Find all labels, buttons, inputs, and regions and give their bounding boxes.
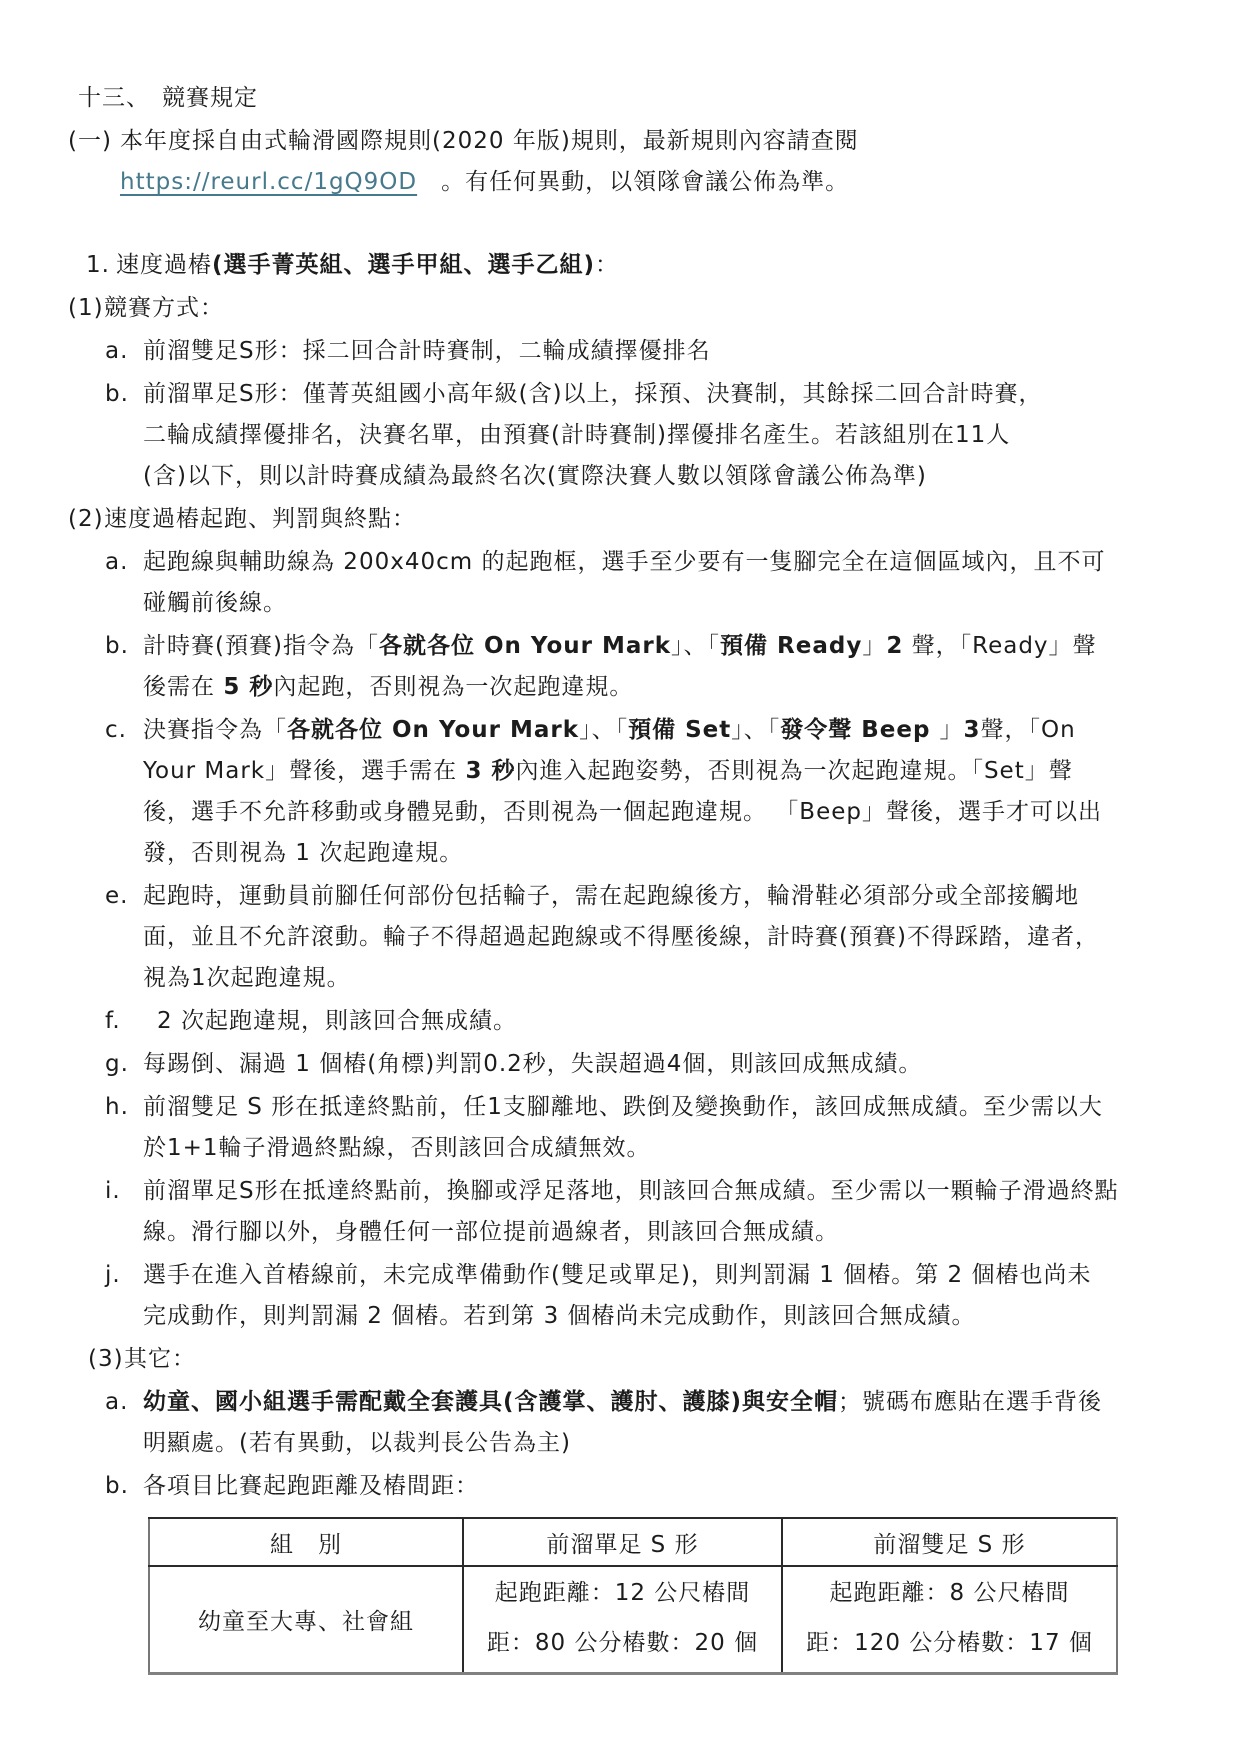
text-line: (含)以下，則以計時賽成績為最終名次(實際決賽人數以領隊會議公佈為準) xyxy=(68,456,1173,497)
text-line: 後需在 5 秒內起跑，否則視為一次起跑違規。 xyxy=(68,667,1173,708)
list-marker: b. xyxy=(105,626,143,667)
text-line: 二輪成績擇優排名，決賽名單，由預賽(計時賽制)擇優排名產生。若該組別在11人 xyxy=(68,415,1173,456)
text-line: i.前溜單足S形在抵達終點前，換腳或浮足落地，則該回合無成績。至少需以一顆輪子滑… xyxy=(68,1171,1173,1212)
text-run: 前溜雙足S形：採二回合計時賽制，二輪成績擇優排名 xyxy=(143,338,711,364)
bold-run: 發令聲 Beep xyxy=(780,717,939,743)
list-marker: a. xyxy=(105,331,143,372)
text-run: 每踢倒、漏過 1 個樁(角標)判罰0.2秒，失誤超過4個，則該回成無成績。 xyxy=(143,1051,922,1077)
double-s-line2: 距：120 公分樁數：17 個 xyxy=(783,1623,1116,1664)
blank-line xyxy=(68,203,1173,243)
text-line: 面，並且不允許滾動。輪子不得超過起跑線或不得壓後線，計時賽(預賽)不得踩踏，違者… xyxy=(68,917,1173,958)
bold-run: 3 xyxy=(963,717,980,743)
line-text: 線。滑行腳以外，身體任何一部位提前過線者，則該回合無成績。 xyxy=(143,1212,839,1253)
text-line: 十三、競賽規定 xyxy=(68,78,1173,119)
line-text: 2 次起跑違規，則該回合無成績。 xyxy=(157,1001,517,1042)
text-run: 發，否則視為 1 次起跑違規。 xyxy=(143,840,463,866)
table-cell-single-s: 起跑距離：12 公尺樁間 距：80 公分樁數：20 個 xyxy=(463,1566,782,1674)
single-s-line2: 距：80 公分樁數：20 個 xyxy=(464,1623,781,1664)
table-header-double-s: 前溜雙足 S 形 xyxy=(782,1518,1117,1566)
text-run: 後，選手不允許移動或身體晃動，否則視為一個起跑違規。 「Beep」聲後，選手才可… xyxy=(143,799,1102,825)
line-text: 其它： xyxy=(124,1339,196,1380)
line-text: 本年度採自由式輪滑國際規則(2020 年版)規則，最新規則內容請查閱 xyxy=(120,121,859,162)
line-text: 於1+1輪子滑過終點線，否則該回合成績無效。 xyxy=(143,1128,651,1169)
single-s-line1: 起跑距離：12 公尺樁間 xyxy=(464,1573,781,1614)
line-text: 後，選手不允許移動或身體晃動，否則視為一個起跑違規。 「Beep」聲後，選手才可… xyxy=(143,792,1102,833)
line-text: 起跑時，運動員前腳任何部份包括輪子，需在起跑線後方，輪滑鞋必須部分或全部接觸地 xyxy=(143,876,1079,917)
text-run: 內進入起跑姿勢，否則視為一次起跑違規。「Set」聲 xyxy=(515,758,1072,784)
text-line: (1)競賽方式： xyxy=(68,288,1173,329)
double-s-line1: 起跑距離：8 公尺樁間 xyxy=(783,1573,1116,1614)
line-text: 速度過樁起跑、判罰與終點： xyxy=(104,499,416,540)
line-text: 碰觸前後線。 xyxy=(143,583,287,624)
text-line: Your Mark」聲後，選手需在 3 秒內進入起跑姿勢，否則視為一次起跑違規。… xyxy=(68,751,1173,792)
text-line: e.起跑時，運動員前腳任何部份包括輪子，需在起跑線後方，輪滑鞋必須部分或全部接觸… xyxy=(68,876,1173,917)
line-text: 前溜雙足 S 形在抵達終點前，任1支腳離地、跌倒及變換動作，該回成無成績。至少需… xyxy=(143,1087,1103,1128)
line-text: 競賽規定 xyxy=(162,78,258,119)
text-run: 前溜雙足 S 形在抵達終點前，任1支腳離地、跌倒及變換動作，該回成無成績。至少需… xyxy=(143,1094,1103,1120)
table-cell-group: 幼童至大專、社會組 xyxy=(149,1566,463,1674)
text-run: 於1+1輪子滑過終點線，否則該回合成績無效。 xyxy=(143,1135,651,1161)
line-text: 幼童、國小組選手需配戴全套護具(含護掌、護肘、護膝)與安全帽；號碼布應貼在選手背… xyxy=(143,1382,1102,1423)
text-run: 線。滑行腳以外，身體任何一部位提前過線者，則該回合無成績。 xyxy=(143,1219,839,1245)
list-marker: e. xyxy=(105,876,143,917)
text-run: 二輪成績擇優排名，決賽名單，由預賽(計時賽制)擇優排名產生。若該組別在11人 xyxy=(143,422,1010,448)
bold-run: 幼童、國小組選手需配戴全套護具(含護掌、護肘、護膝)與安全帽 xyxy=(143,1389,838,1415)
text-run: 」、「 xyxy=(671,633,720,659)
text-line: (3)其它： xyxy=(68,1339,1173,1380)
line-text: 前溜單足S形在抵達終點前，換腳或浮足落地，則該回合無成績。至少需以一顆輪子滑過終… xyxy=(143,1171,1119,1212)
text-line: 明顯處。(若有異動，以裁判長公告為主) xyxy=(68,1423,1173,1464)
text-run: 前溜單足S形：僅菁英組國小高年級(含)以上，採預、決賽制，其餘採二回合計時賽， xyxy=(143,381,1043,407)
text-run: 前溜單足S形在抵達終點前，換腳或浮足落地，則該回合無成績。至少需以一顆輪子滑過終… xyxy=(143,1178,1119,1204)
list-marker: h. xyxy=(105,1087,143,1128)
text-run: 速度過樁 xyxy=(116,252,212,278)
list-marker: (2) xyxy=(68,499,104,540)
bold-run: (選手菁英組、選手甲組、選手乙組) xyxy=(212,252,595,278)
line-text: Your Mark」聲後，選手需在 3 秒內進入起跑姿勢，否則視為一次起跑違規。… xyxy=(143,751,1073,792)
list-marker: (1) xyxy=(68,288,104,329)
table-header-group: 組 別 xyxy=(149,1518,463,1566)
list-marker: a. xyxy=(105,1382,143,1423)
list-marker: (3) xyxy=(88,1339,124,1380)
list-marker: (一) xyxy=(68,121,120,162)
bold-run: 2 xyxy=(886,633,903,659)
text-line: 碰觸前後線。 xyxy=(68,583,1173,624)
text-run: 其它： xyxy=(124,1346,196,1372)
line-text: 完成動作，則判罰漏 2 個樁。若到第 3 個樁尚未完成動作，則該回合無成績。 xyxy=(143,1296,976,1337)
line-text: https://reurl.cc/1gQ9OD 。有任何異動，以領隊會議公佈為準… xyxy=(120,162,849,203)
text-run: (含)以下，則以計時賽成績為最終名次(實際決賽人數以領隊會議公佈為準) xyxy=(143,463,927,489)
text-run: 決賽指令為「 xyxy=(143,717,287,743)
text-line: j.選手在進入首樁線前，未完成準備動作(雙足或單足)，則判罰漏 1 個樁。第 2… xyxy=(68,1255,1173,1296)
line-text: 起跑線與輔助線為 200x40cm 的起跑框，選手至少要有一隻腳完全在這個區域內… xyxy=(143,542,1105,583)
text-run: 2 次起跑違規，則該回合無成績。 xyxy=(157,1008,517,1034)
list-marker: a. xyxy=(105,542,143,583)
text-line: b.計時賽(預賽)指令為「各就各位 On Your Mark」、「預備 Read… xyxy=(68,626,1173,667)
text-line: h.前溜雙足 S 形在抵達終點前，任1支腳離地、跌倒及變換動作，該回成無成績。至… xyxy=(68,1087,1173,1128)
text-run: 」、「 xyxy=(579,717,628,743)
text-run: 競賽規定 xyxy=(162,85,258,111)
text-run: 視為1次起跑違規。 xyxy=(143,965,351,991)
text-line: a.前溜雙足S形：採二回合計時賽制，二輪成績擇優排名 xyxy=(68,331,1173,372)
text-run: 後需在 xyxy=(143,674,223,700)
list-marker: b. xyxy=(105,1466,143,1507)
text-run: 內起跑，否則視為一次起跑違規。 xyxy=(273,674,633,700)
list-marker: 十三、 xyxy=(78,78,162,119)
text-line: 線。滑行腳以外，身體任何一部位提前過線者，則該回合無成績。 xyxy=(68,1212,1173,1253)
text-line: f.2 次起跑違規，則該回合無成績。 xyxy=(68,1001,1173,1042)
text-line: 1.速度過樁(選手菁英組、選手甲組、選手乙組)： xyxy=(68,245,1173,286)
document-page: 十三、競賽規定(一)本年度採自由式輪滑國際規則(2020 年版)規則，最新規則內… xyxy=(0,0,1241,1755)
bold-run: 3 秒 xyxy=(465,758,515,784)
line-text: 面，並且不允許滾動。輪子不得超過起跑線或不得壓後線，計時賽(預賽)不得踩踏，違者… xyxy=(143,917,1099,958)
pylon-distance-table: 組 別 前溜單足 S 形 前溜雙足 S 形 幼童至大專、社會組 起跑距離：12 … xyxy=(148,1517,1118,1675)
list-marker: f. xyxy=(105,1001,157,1042)
text-run: Your Mark」聲後，選手需在 xyxy=(143,758,465,784)
line-text: 前溜單足S形：僅菁英組國小高年級(含)以上，採預、決賽制，其餘採二回合計時賽， xyxy=(143,374,1043,415)
text-run: 」 xyxy=(939,717,963,743)
text-run: 」、「 xyxy=(731,717,780,743)
text-line: b.前溜單足S形：僅菁英組國小高年級(含)以上，採預、決賽制，其餘採二回合計時賽… xyxy=(68,374,1173,415)
text-run: 選手在進入首樁線前，未完成準備動作(雙足或單足)，則判罰漏 1 個樁。第 2 個… xyxy=(143,1262,1091,1288)
line-text: 各項目比賽起跑距離及樁間距： xyxy=(143,1466,479,1507)
line-text: 速度過樁(選手菁英組、選手甲組、選手乙組)： xyxy=(116,245,619,286)
text-line: a.幼童、國小組選手需配戴全套護具(含護掌、護肘、護膝)與安全帽；號碼布應貼在選… xyxy=(68,1382,1173,1423)
text-line: g.每踢倒、漏過 1 個樁(角標)判罰0.2秒，失誤超過4個，則該回成無成績。 xyxy=(68,1044,1173,1085)
text-line: (一)本年度採自由式輪滑國際規則(2020 年版)規則，最新規則內容請查閱 xyxy=(68,121,1173,162)
line-text: 後需在 5 秒內起跑，否則視為一次起跑違規。 xyxy=(143,667,633,708)
text-run: 起跑時，運動員前腳任何部份包括輪子，需在起跑線後方，輪滑鞋必須部分或全部接觸地 xyxy=(143,883,1079,909)
text-line: https://reurl.cc/1gQ9OD 。有任何異動，以領隊會議公佈為準… xyxy=(68,162,1173,203)
text-run: 競賽方式： xyxy=(104,295,224,321)
line-text: 每踢倒、漏過 1 個樁(角標)判罰0.2秒，失誤超過4個，則該回成無成績。 xyxy=(143,1044,922,1085)
text-line: 視為1次起跑違規。 xyxy=(68,958,1173,999)
text-line: 於1+1輪子滑過終點線，否則該回合成績無效。 xyxy=(68,1128,1173,1169)
text-line: b.各項目比賽起跑距離及樁間距： xyxy=(68,1466,1173,1507)
list-marker: j. xyxy=(105,1255,143,1296)
text-run: 」 xyxy=(862,633,886,659)
document-body: 十三、競賽規定(一)本年度採自由式輪滑國際規則(2020 年版)規則，最新規則內… xyxy=(68,78,1173,1507)
text-run: 聲，「Ready」聲 xyxy=(903,633,1096,659)
list-marker: c. xyxy=(105,710,143,751)
table-row: 幼童至大專、社會組 起跑距離：12 公尺樁間 距：80 公分樁數：20 個 起跑… xyxy=(149,1566,1117,1674)
bold-run: 各就各位 On Your Mark xyxy=(287,717,579,743)
line-text: 明顯處。(若有異動，以裁判長公告為主) xyxy=(143,1423,571,1464)
text-run: 速度過樁起跑、判罰與終點： xyxy=(104,506,416,532)
bold-run: 各就各位 On Your Mark xyxy=(379,633,671,659)
text-run: 起跑線與輔助線為 200x40cm 的起跑框，選手至少要有一隻腳完全在這個區域內… xyxy=(143,549,1105,575)
line-text: 選手在進入首樁線前，未完成準備動作(雙足或單足)，則判罰漏 1 個樁。第 2 個… xyxy=(143,1255,1091,1296)
text-line: 發，否則視為 1 次起跑違規。 xyxy=(68,833,1173,874)
text-run: 。有任何異動，以領隊會議公佈為準。 xyxy=(417,169,849,195)
bold-run: 5 秒 xyxy=(223,674,273,700)
bold-run: 預備 Set xyxy=(628,717,731,743)
bold-run: 預備 Ready xyxy=(720,633,862,659)
line-text: (含)以下，則以計時賽成績為最終名次(實際決賽人數以領隊會議公佈為準) xyxy=(143,456,927,497)
text-run: 本年度採自由式輪滑國際規則(2020 年版)規則，最新規則內容請查閱 xyxy=(120,128,859,154)
list-marker: g. xyxy=(105,1044,143,1085)
text-run: 完成動作，則判罰漏 2 個樁。若到第 3 個樁尚未完成動作，則該回合無成績。 xyxy=(143,1303,976,1329)
text-line: 完成動作，則判罰漏 2 個樁。若到第 3 個樁尚未完成動作，則該回合無成績。 xyxy=(68,1296,1173,1337)
text-run: 聲，「On xyxy=(980,717,1075,743)
table-header-row: 組 別 前溜單足 S 形 前溜雙足 S 形 xyxy=(149,1518,1117,1566)
line-text: 決賽指令為「各就各位 On Your Mark」、「預備 Set」、「發令聲 B… xyxy=(143,710,1076,751)
text-line: c.決賽指令為「各就各位 On Your Mark」、「預備 Set」、「發令聲… xyxy=(68,710,1173,751)
list-marker: b. xyxy=(105,374,143,415)
text-run: 各項目比賽起跑距離及樁間距： xyxy=(143,1473,479,1499)
line-text: 發，否則視為 1 次起跑違規。 xyxy=(143,833,463,874)
text-line: a.起跑線與輔助線為 200x40cm 的起跑框，選手至少要有一隻腳完全在這個區… xyxy=(68,542,1173,583)
text-run: 計時賽(預賽)指令為「 xyxy=(143,633,379,659)
line-text: 計時賽(預賽)指令為「各就各位 On Your Mark」、「預備 Ready」… xyxy=(143,626,1097,667)
text-line: (2)速度過樁起跑、判罰與終點： xyxy=(68,499,1173,540)
list-marker: 1. xyxy=(86,245,116,286)
text-run: 面，並且不允許滾動。輪子不得超過起跑線或不得壓後線，計時賽(預賽)不得踩踏，違者… xyxy=(143,924,1099,950)
line-text: 前溜雙足S形：採二回合計時賽制，二輪成績擇優排名 xyxy=(143,331,711,372)
text-run: ；號碼布應貼在選手背後 xyxy=(838,1389,1102,1415)
line-text: 競賽方式： xyxy=(104,288,224,329)
text-line: 後，選手不允許移動或身體晃動，否則視為一個起跑違規。 「Beep」聲後，選手才可… xyxy=(68,792,1173,833)
text-run: ： xyxy=(595,252,619,278)
text-run: 明顯處。(若有異動，以裁判長公告為主) xyxy=(143,1430,571,1456)
rules-link[interactable]: https://reurl.cc/1gQ9OD xyxy=(120,169,417,195)
line-text: 視為1次起跑違規。 xyxy=(143,958,351,999)
line-text: 二輪成績擇優排名，決賽名單，由預賽(計時賽制)擇優排名產生。若該組別在11人 xyxy=(143,415,1010,456)
table-cell-double-s: 起跑距離：8 公尺樁間 距：120 公分樁數：17 個 xyxy=(782,1566,1117,1674)
text-run: 碰觸前後線。 xyxy=(143,590,287,616)
list-marker: i. xyxy=(105,1171,143,1212)
table-header-single-s: 前溜單足 S 形 xyxy=(463,1518,782,1566)
